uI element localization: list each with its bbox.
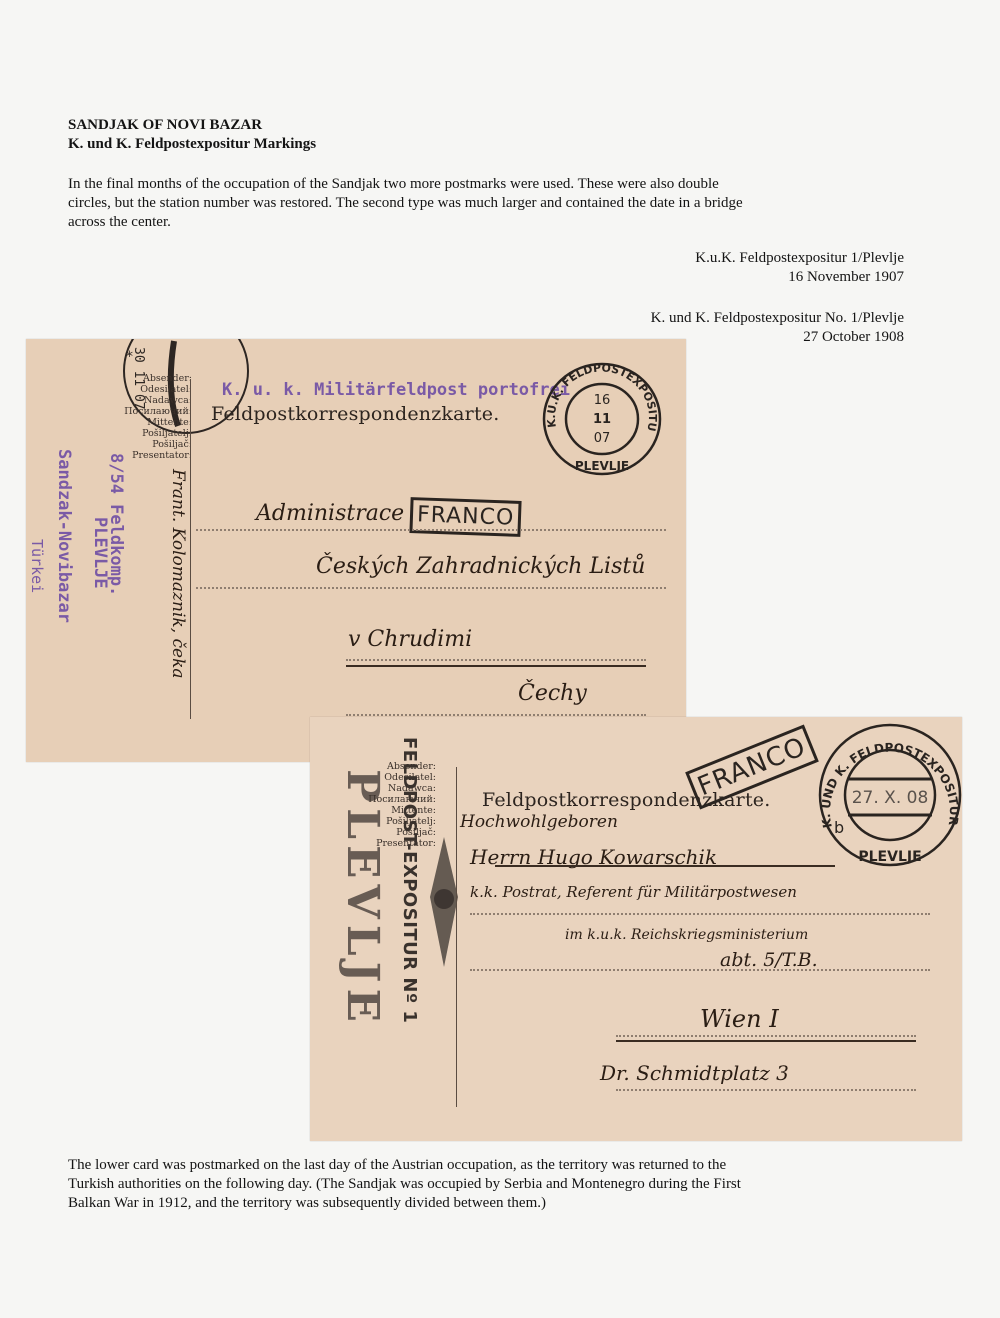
address-underline: [346, 665, 646, 667]
label: Absender:: [96, 373, 192, 384]
sender-labels: Absender: Odesilatel: Nadawca: Посилаючи…: [96, 373, 192, 461]
svg-text:PLEVLJE: PLEVLJE: [575, 459, 629, 473]
page-title: SANDJAK OF NOVI BAZAR: [68, 116, 316, 135]
postmark-icon: K.U.K. FELDPOSTEXPOSITUR 1 16 11 07 PLEV…: [538, 357, 668, 479]
page-subtitle: K. und K. Feldpostexpositur Markings: [68, 135, 316, 154]
address-dotted-line: [196, 529, 666, 531]
label: Pošiljač:: [96, 439, 192, 450]
caption-lower-card: K. und K. Feldpostexpositur No. 1/Plevlj…: [651, 309, 904, 347]
caption-upper-card: K.u.K. Feldpostexpositur 1/Plevlje 16 No…: [695, 249, 904, 287]
svg-text:PLEVLJE: PLEVLJE: [858, 849, 921, 865]
label: Pošiljatelj:: [340, 816, 436, 827]
label: Посилаючий:: [96, 406, 192, 417]
caption-date: 27 October 1908: [651, 328, 904, 347]
sender-labels: Absender: Odesilatel: Nadawca: Посилаючи…: [340, 761, 436, 849]
postmark-icon: K. UND K. FELDPOSTEXPOSITUR Nº 1 27. X. …: [814, 717, 962, 877]
label: Nadawca:: [340, 783, 436, 794]
double-eagle-emblem-icon: [422, 837, 466, 967]
label: Odesilatel:: [340, 772, 436, 783]
intro-paragraph: In the final months of the occupation of…: [68, 175, 918, 232]
footer-paragraph: The lower card was postmarked on the las…: [68, 1156, 938, 1213]
address-line-2: Českých Zahradnických Listů: [316, 554, 645, 579]
address-line-4: Čechy: [518, 681, 587, 706]
page-header: SANDJAK OF NOVI BAZAR K. und K. Feldpost…: [68, 116, 316, 154]
label: Odesilatel:: [96, 384, 192, 395]
caption-postmark: K. und K. Feldpostexpositur No. 1/Plevlj…: [651, 309, 904, 328]
footer-line: The lower card was postmarked on the las…: [68, 1156, 938, 1175]
address-dotted-line: [470, 969, 930, 971]
address-line-3: v Chrudimi: [348, 627, 472, 652]
footer-line: Turkish authorities on the following day…: [68, 1175, 938, 1194]
sender-handwritten: Frant. Kolomaznik, čeka: [168, 469, 188, 679]
address-dotted-line: [616, 1035, 916, 1037]
address-dotted-line: [470, 913, 930, 915]
intro-line: across the center.: [68, 213, 918, 232]
address-line-1: Administrace: [256, 501, 404, 526]
label: Nadawca:: [96, 395, 192, 406]
address-line-6: Wien I: [700, 1005, 779, 1033]
address-underline: [616, 1040, 916, 1042]
card-printed-title: Feldpostkorrespondenzkarte.: [211, 403, 499, 425]
address-line-7: Dr. Schmidtplatz 3: [600, 1061, 789, 1085]
label: Pošiljatelj:: [96, 428, 192, 439]
feldpost-expositur-cachet: FELDPOST-EXPOSITUR Nº 1: [399, 737, 420, 1023]
sender-cachet-line-4: Türkei: [28, 539, 46, 593]
sender-cachet-line-3: Sandzak-Novibazar: [54, 449, 74, 623]
address-dotted-line: [346, 659, 646, 661]
label: Mittente:: [340, 805, 436, 816]
divider-line: [190, 379, 191, 719]
militarfeldpost-cachet: K. u. k. Militärfeldpost portofrei: [222, 380, 570, 400]
caption-date: 16 November 1907: [695, 268, 904, 287]
address-dotted-line: [346, 714, 646, 716]
postcard-lower: PLEVLJE Absender: Odesilatel: Nadawca: П…: [310, 717, 962, 1141]
svg-text:16: 16: [594, 393, 611, 408]
address-line-1: Hochwohlgeboren: [460, 812, 618, 832]
intro-line: In the final months of the occupation of…: [68, 175, 918, 194]
caption-postmark: K.u.K. Feldpostexpositur 1/Plevlje: [695, 249, 904, 268]
address-underline: [495, 865, 835, 867]
address-dotted-line: [616, 1089, 916, 1091]
intro-line: circles, but the station number was rest…: [68, 194, 918, 213]
label: Посилаючий:: [340, 794, 436, 805]
address-line-3: k.k. Postrat, Referent für Militärpostwe…: [470, 883, 797, 901]
divider-line: [456, 767, 457, 1107]
address-dotted-line: [196, 587, 666, 589]
footer-line: Balkan War in 1912, and the territory wa…: [68, 1194, 938, 1213]
svg-text:11: 11: [593, 412, 611, 427]
svg-text:07: 07: [594, 431, 611, 446]
svg-text:b: b: [834, 818, 844, 837]
address-line-5: abt. 5/T.B.: [720, 949, 818, 971]
svg-text:27. X. 08: 27. X. 08: [852, 788, 929, 808]
label: Absender:: [340, 761, 436, 772]
label: Mittente:: [96, 417, 192, 428]
postcard-upper: * 30 11 07 Absender: Odesilatel: Nadawca…: [26, 339, 686, 762]
address-line-4: im k.u.k. Reichskriegsministerium: [565, 927, 808, 943]
sender-cachet-line-2: PLEVLJE: [90, 517, 110, 589]
